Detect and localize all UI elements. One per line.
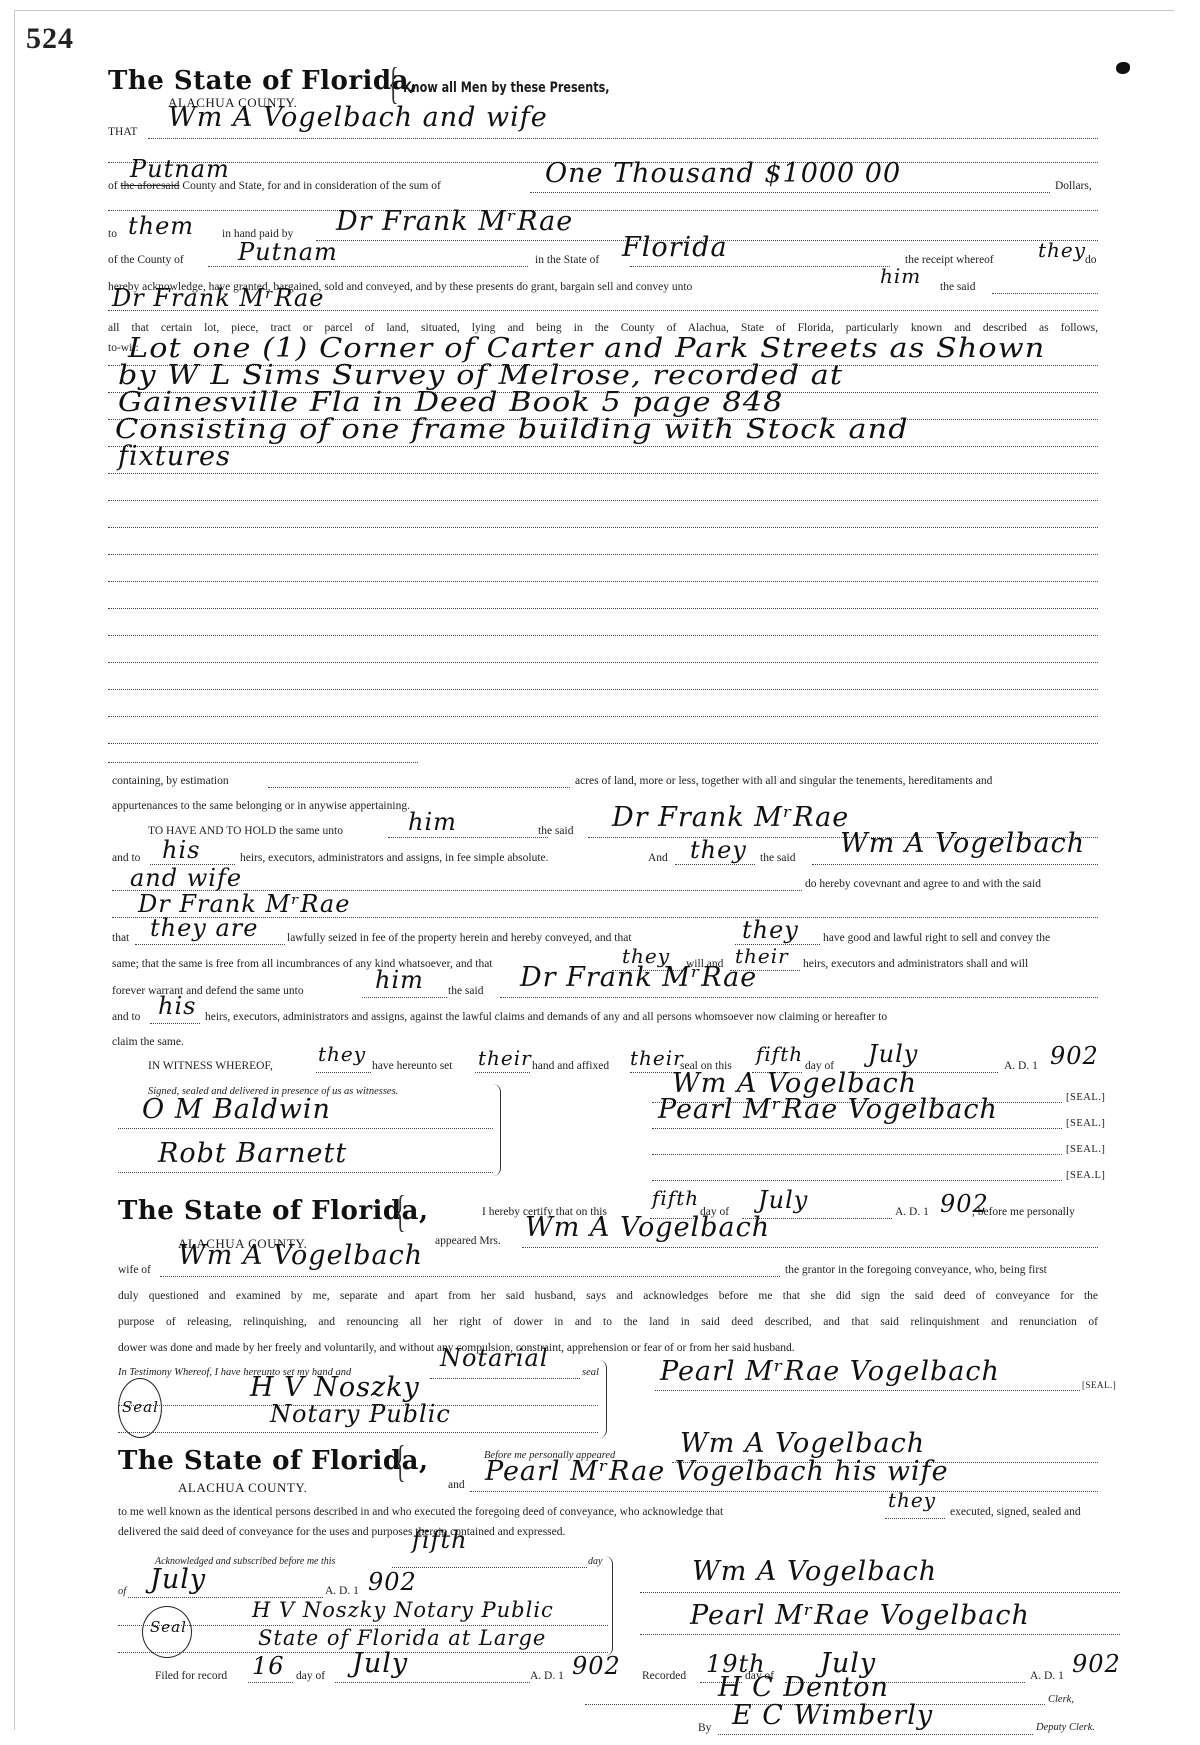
witness-brace <box>492 1084 501 1176</box>
grantor-line <box>148 138 1098 139</box>
ad-label: A. D. 1 <box>1004 1060 1038 1072</box>
dollars-label: Dollars, <box>1055 180 1092 192</box>
seal-label-2: [SEAL.] <box>1066 1118 1105 1129</box>
known-line <box>885 1518 945 1519</box>
ack-ad-label: A. D. 1 <box>325 1585 359 1597</box>
whereof-line <box>316 1072 371 1073</box>
ack-signature-line-2 <box>640 1634 1120 1635</box>
right-text: have good and lawful right to sell and c… <box>823 932 1050 944</box>
page-number: 524 <box>26 22 74 56</box>
grantee-county: Putnam <box>238 238 338 266</box>
habendum-party: him <box>408 808 457 836</box>
blank-line <box>108 608 1098 609</box>
person1-name: Wm A Vogelbach <box>680 1428 925 1459</box>
notary-name: H V Noszky <box>250 1372 420 1403</box>
ack-notary-line-2-text: State of Florida at Large <box>258 1626 546 1650</box>
deputy-clerk-name: E C Wimberly <box>732 1700 933 1731</box>
person2-line <box>470 1491 1098 1492</box>
filed-month-line <box>335 1682 530 1683</box>
witness-2: Robt Barnett <box>158 1138 347 1169</box>
joint-ack-county-heading: ALACHUA COUNTY. <box>178 1480 307 1496</box>
acres-line <box>268 787 570 788</box>
blank-line <box>108 210 1098 211</box>
of-county-label: of the County of <box>108 254 184 266</box>
blank-line <box>108 581 1098 582</box>
wife-ack-para-2: purpose of releasing, relinquishing, and… <box>118 1316 1098 1328</box>
ack-day: fifth <box>412 1526 468 1554</box>
certify-month: July <box>758 1186 808 1214</box>
and-label-joint: and <box>448 1479 465 1491</box>
right-party: they <box>742 916 799 944</box>
of-label-ack: of <box>118 1586 126 1597</box>
seal-label-4: [SEA.L] <box>1066 1170 1105 1181</box>
executed-text: executed, signed, sealed and <box>950 1506 1081 1518</box>
filed-label: Filed for record <box>155 1670 227 1682</box>
witness-year: 902 <box>1050 1042 1099 1070</box>
signature-line-3 <box>652 1154 1062 1155</box>
seal-party: their <box>630 1046 684 1070</box>
clerk-label: Clerk, <box>1048 1694 1074 1705</box>
notary-title: Notary Public <box>270 1400 451 1428</box>
ack-signature-2: Pearl MʳRae Vogelbach <box>690 1600 1030 1631</box>
habendum-said: the said <box>538 825 573 837</box>
hereunto-label: have hereunto set <box>372 1060 452 1072</box>
seized-party: they are <box>150 914 258 942</box>
seal-label-1: [SEAL.] <box>1066 1092 1105 1103</box>
that-label-2: that <box>112 932 129 944</box>
hand-label: hand and affixed <box>532 1060 609 1072</box>
certify-ad: A. D. 1 <box>895 1206 929 1218</box>
do-label: do <box>1085 254 1097 266</box>
forever-grantee-line <box>500 997 1098 998</box>
and-party: they <box>690 836 747 864</box>
testimony-line <box>430 1378 580 1379</box>
consideration-sum: One Thousand $1000 00 <box>545 158 901 189</box>
heading-brace: { <box>395 1190 406 1234</box>
whereof-party: they <box>318 1042 366 1066</box>
notary-seal-text: Seal <box>122 1398 159 1416</box>
page-border-left <box>14 10 15 1730</box>
forever-line <box>362 997 447 998</box>
filed-day-line <box>248 1682 293 1683</box>
description-line <box>108 446 1098 447</box>
habendum-grantee: Dr Frank MʳRae <box>612 802 849 833</box>
containing-label: containing, by estimation <box>112 775 229 787</box>
witness-1: O M Baldwin <box>142 1094 331 1125</box>
appurtenances-text: appurtenances to the same belonging or i… <box>112 800 410 812</box>
blank-line <box>108 689 1098 690</box>
county-line <box>208 266 528 267</box>
blank-line <box>992 293 1098 294</box>
blank-line <box>108 762 418 763</box>
witness-line-2 <box>118 1172 493 1173</box>
page-border-top <box>14 10 1174 11</box>
by-label: By <box>698 1722 711 1734</box>
joint-ack-state-heading: The State of Florida, <box>118 1446 429 1476</box>
recorded-year: 902 <box>1072 1650 1121 1678</box>
seized-text: lawfully seized in fee of the property h… <box>287 932 632 944</box>
and-to-party-2: his <box>158 992 196 1020</box>
description-line <box>108 473 1098 474</box>
grantor-text: the grantor in the foregoing conveyance,… <box>785 1264 1047 1276</box>
and-to-line-2 <box>150 1023 200 1024</box>
seal-label-3: [SEAL.] <box>1066 1144 1105 1155</box>
filed-day: 16 <box>252 1652 285 1680</box>
heirs-text: heirs, executors, administrators and ass… <box>240 852 549 864</box>
acres-text: acres of land, more or less, together wi… <box>575 775 992 787</box>
grantee-state: Florida <box>622 232 728 263</box>
claims-text: heirs, executors, administrators and ass… <box>205 1011 887 1023</box>
blank-line <box>108 662 1098 663</box>
ack-month: July <box>150 1564 206 1595</box>
seal-word: seal <box>582 1367 599 1378</box>
person2-name: Pearl MʳRae Vogelbach his wife <box>485 1456 949 1487</box>
description-line-5: fixtures <box>118 441 231 472</box>
and-line <box>675 864 755 865</box>
ack-signature-line-1 <box>640 1592 1120 1593</box>
know-all-men: Know all Men by these Presents, <box>403 80 609 96</box>
heading-brace: { <box>388 62 399 106</box>
filed-day-of: day of <box>296 1670 325 1682</box>
blank-line <box>108 635 1098 636</box>
wife-ack-para-1: duly questioned and examined by me, sepa… <box>118 1290 1098 1302</box>
sum-line <box>530 192 1050 193</box>
notary-line-2 <box>118 1432 598 1433</box>
ack-signature-1: Wm A Vogelbach <box>692 1556 937 1587</box>
deed-page: 524 The State of Florida, { Know all Men… <box>0 0 1200 1745</box>
appeared-name: Wm A Vogelbach <box>525 1212 770 1243</box>
signature-line-4 <box>652 1180 1062 1181</box>
delivered-text: delivered the said deed of conveyance fo… <box>118 1526 565 1538</box>
free-text: same; that the same is free from all inc… <box>112 958 493 970</box>
and-to-party: his <box>162 836 200 864</box>
ack-year: 902 <box>368 1568 417 1596</box>
to-label: to <box>108 228 117 240</box>
testimony-notarial: Notarial <box>440 1344 549 1372</box>
covenantor-line <box>812 864 1098 865</box>
forever-grantee: Dr Frank MʳRae <box>520 962 757 993</box>
grantor-county: Putnam <box>130 155 230 183</box>
forever-text: forever warrant and defend the same unto <box>112 985 304 997</box>
and-to-label-2: and to <box>112 1011 140 1023</box>
ink-blot <box>1116 62 1130 74</box>
covenant-text: do hereby covevnant and agree to and wit… <box>805 878 1041 890</box>
convey-unto-party: him <box>880 264 921 288</box>
witness-month: July <box>868 1040 918 1068</box>
in-state-label: in the State of <box>535 254 599 266</box>
ack-brace <box>604 1556 613 1656</box>
forever-party: him <box>375 966 424 994</box>
state-line <box>630 266 890 267</box>
hand-line <box>475 1072 530 1073</box>
habendum-line <box>388 837 548 838</box>
seized-line <box>135 944 285 945</box>
struck-aforesaid: the aforesaid <box>120 180 179 192</box>
known-party: they <box>888 1488 936 1512</box>
blank-line <box>108 527 1098 528</box>
blank-line <box>108 500 1098 501</box>
certify-day: fifth <box>652 1186 699 1210</box>
wife-of-name: Wm A Vogelbach <box>178 1240 423 1271</box>
receipt-party: they <box>1038 238 1086 262</box>
deputy-line <box>718 1734 1033 1735</box>
wife-signature: Pearl MʳRae Vogelbach <box>660 1356 1000 1387</box>
blank-line <box>108 554 1098 555</box>
filed-month: July <box>352 1648 408 1679</box>
signature-line-2 <box>652 1128 1062 1129</box>
witness-line-1 <box>118 1128 493 1129</box>
consideration-text: of the aforesaid County and State, for a… <box>108 180 441 192</box>
grantor-name: Wm A Vogelbach and wife <box>168 102 548 133</box>
description-line-4: Consisting of one frame building with St… <box>115 414 909 445</box>
blank-line <box>108 743 1098 744</box>
and-label: And <box>648 852 668 864</box>
grantee-name: Dr Frank MʳRae <box>336 206 573 237</box>
filed-year: 902 <box>572 1652 621 1680</box>
appeared-line <box>522 1247 1098 1248</box>
said-label: the said <box>760 852 795 864</box>
wife-of-line <box>160 1276 780 1277</box>
and-to-label: and to <box>112 852 140 864</box>
ack-day-line <box>392 1567 587 1568</box>
hand-party: their <box>478 1046 532 1070</box>
whereof-label: IN WITNESS WHEREOF, <box>148 1060 273 1072</box>
day-label: day <box>588 1556 602 1567</box>
appeared-label: appeared Mrs. <box>435 1235 501 1247</box>
wife-signature-line <box>655 1390 1080 1391</box>
grantor-signature-2: Pearl MʳRae Vogelbach <box>658 1094 998 1125</box>
recorded-label: Recorded <box>642 1670 686 1682</box>
grantee-repeat: Dr Frank MʳRae <box>112 284 324 312</box>
before-me-label: , before me personally <box>972 1206 1075 1218</box>
witness-day: fifth <box>756 1042 803 1066</box>
the-said-label: the said <box>940 281 975 293</box>
claim-same-text: claim the same. <box>112 1036 184 1048</box>
free-text-2: heirs, executors and administrators shal… <box>803 958 1028 970</box>
state-heading: The State of Florida, <box>108 66 419 96</box>
covenantor-cont: and wife <box>130 864 242 892</box>
notary-seal-text-2: Seal <box>150 1618 187 1636</box>
covenantor-name: Wm A Vogelbach <box>840 828 1085 859</box>
that-label: THAT <box>108 126 137 138</box>
wife-ack-state-heading: The State of Florida, <box>118 1196 429 1226</box>
ack-notary-line-1-text: H V Noszky Notary Public <box>252 1598 554 1622</box>
wife-of-label: wife of <box>118 1264 151 1276</box>
forever-said: the said <box>448 985 483 997</box>
wife-seal-label: [SEAL.] <box>1082 1380 1116 1390</box>
to-party: them <box>128 212 194 240</box>
recorded-ad: A. D. 1 <box>1030 1670 1064 1682</box>
blank-line <box>108 716 1098 717</box>
filed-ad: A. D. 1 <box>530 1670 564 1682</box>
notary-brace <box>598 1360 607 1438</box>
heading-brace: { <box>395 1440 406 1484</box>
deputy-clerk-label: Deputy Clerk. <box>1036 1722 1095 1733</box>
clerk-name: H C Denton <box>718 1672 889 1703</box>
known-text: to me well known as the identical person… <box>118 1506 723 1518</box>
